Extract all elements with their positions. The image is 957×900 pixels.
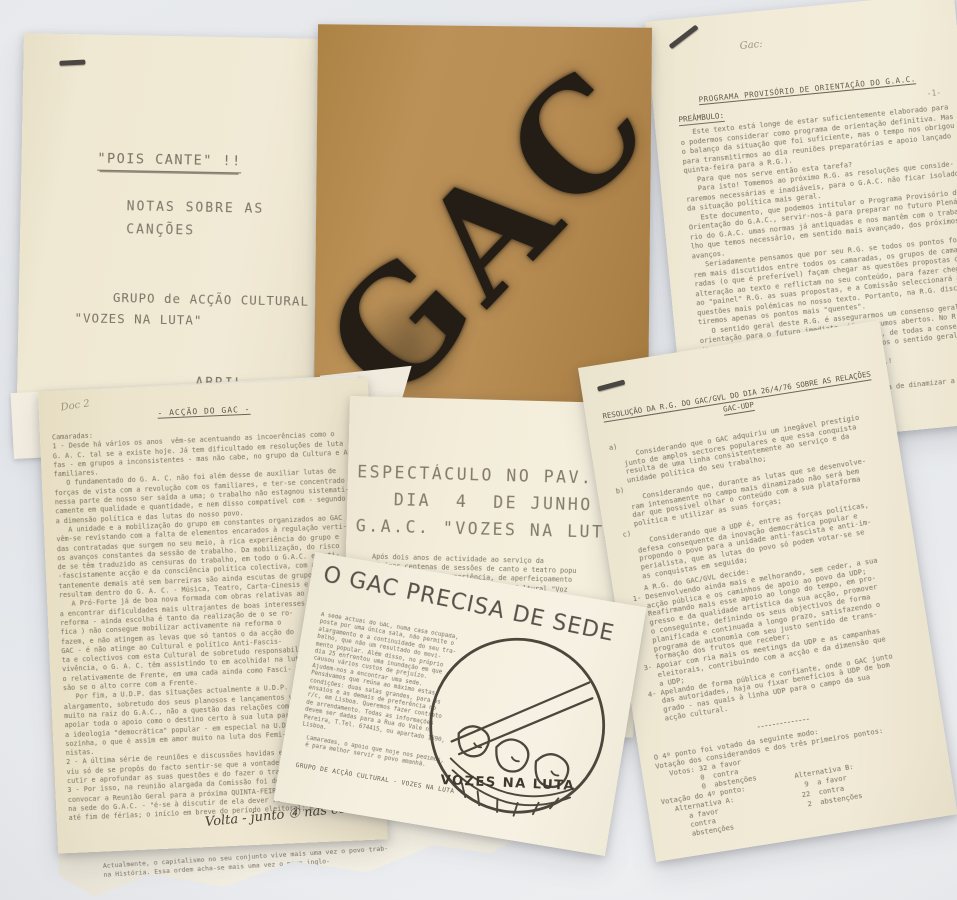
photo-of-gac-documents: "POIS CANTE" !! NOTAS SOBRE ASCANÇÕES GR… [0, 0, 957, 900]
page-number: -1- [926, 88, 941, 98]
gac-stencil-lettering: GAC [314, 30, 652, 422]
typed-line: CANÇÕES [126, 218, 264, 244]
voting-alternative-b: Alternativa B: 9 a favor 22 contra 2 abs… [794, 761, 864, 811]
staple-icon [669, 25, 699, 50]
pencil-note: Gac: [739, 39, 763, 52]
pencil-note: Doc 2 [60, 398, 90, 413]
cover-subtitle: NOTAS SOBRE ASCANÇÕES [126, 195, 264, 244]
vozes-na-luta-emblem-icon: VOZES NA LUTA [409, 618, 625, 834]
typed-line: NOTAS SOBRE AS [126, 195, 264, 221]
staple-icon [597, 379, 625, 391]
cover-group-name: GRUPO de ACÇÃO CULTURAL"VOZES NA LUTA" [74, 286, 309, 332]
staple-icon [59, 59, 85, 65]
document-title: PROGRAMA PROVISÓRIO DE ORIENTAÇÃO DO G.A… [698, 74, 916, 105]
kraft-folder: GAC [314, 24, 652, 421]
cover-title: "POIS CANTE" !! [97, 151, 242, 174]
section-heading: PREÂMBULO: [678, 111, 725, 126]
document-title: - ACÇÃO DO GAC - [157, 405, 250, 419]
